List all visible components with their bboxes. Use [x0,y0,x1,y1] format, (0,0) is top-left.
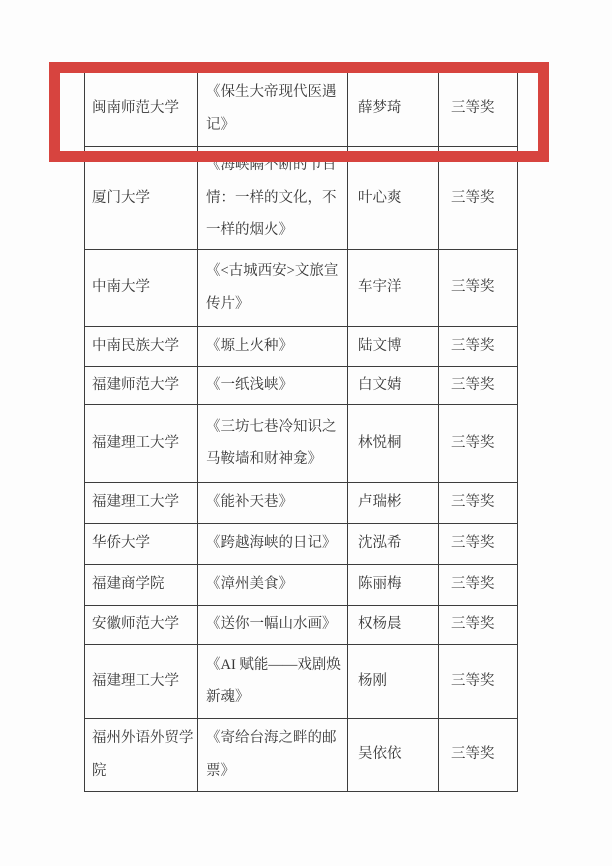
table-row: 华侨大学《跨越海峡的日记》沈泓希三等奖 [85,523,518,564]
cell-author: 吴依依 [348,718,439,791]
cell-author: 陆文博 [348,326,439,366]
cell-author: 车宇洋 [348,249,439,326]
table-row: 闽南师范大学《保生大帝现代医遇记》薛梦琦三等奖 [85,71,518,147]
cell-university: 福建理工大学 [85,482,198,523]
cell-university: 福州外语外贸学院 [85,718,198,791]
table-row: 中南民族大学《塬上火种》陆文博三等奖 [85,326,518,366]
cell-author: 权杨晨 [348,605,439,644]
table-row: 中南大学《<古城西安>文旅宣传片》车宇洋三等奖 [85,249,518,326]
cell-award: 三等奖 [439,523,518,564]
cell-award: 三等奖 [439,147,518,250]
cell-author: 沈泓希 [348,523,439,564]
cell-work-title: 《AI 赋能——戏剧焕新魂》 [198,644,348,718]
table-row: 厦门大学《海峡隔不断的节日情：一样的文化，不一样的烟火》叶心爽三等奖 [85,147,518,250]
table-row: 福州外语外贸学院《寄给台海之畔的邮票》吴依依三等奖 [85,718,518,791]
cell-work-title: 《送你一幅山水画》 [198,605,348,644]
cell-university: 中南民族大学 [85,326,198,366]
cell-award: 三等奖 [439,482,518,523]
table-row: 福建商学院《漳州美食》陈丽梅三等奖 [85,564,518,605]
cell-author: 薛梦琦 [348,71,439,147]
cell-work-title: 《漳州美食》 [198,564,348,605]
cell-author: 陈丽梅 [348,564,439,605]
table-row: 福建理工大学《AI 赋能——戏剧焕新魂》杨刚三等奖 [85,644,518,718]
cell-work-title: 《海峡隔不断的节日情：一样的文化，不一样的烟火》 [198,147,348,250]
cell-university: 闽南师范大学 [85,71,198,147]
cell-award: 三等奖 [439,644,518,718]
cell-work-title: 《<古城西安>文旅宣传片》 [198,249,348,326]
cell-work-title: 《一纸浅峡》 [198,366,348,404]
cell-university: 华侨大学 [85,523,198,564]
cell-work-title: 《能补天巷》 [198,482,348,523]
cell-award: 三等奖 [439,564,518,605]
cell-author: 林悦桐 [348,404,439,482]
cell-university: 中南大学 [85,249,198,326]
cell-award: 三等奖 [439,366,518,404]
cell-award: 三等奖 [439,605,518,644]
document-page: 闽南师范大学《保生大帝现代医遇记》薛梦琦三等奖厦门大学《海峡隔不断的节日情：一样… [0,0,612,866]
cell-work-title: 《跨越海峡的日记》 [198,523,348,564]
cell-university: 福建理工大学 [85,404,198,482]
cell-award: 三等奖 [439,326,518,366]
cell-award: 三等奖 [439,249,518,326]
table-row: 安徽师范大学《送你一幅山水画》权杨晨三等奖 [85,605,518,644]
cell-award: 三等奖 [439,404,518,482]
cell-university: 厦门大学 [85,147,198,250]
table-body: 闽南师范大学《保生大帝现代医遇记》薛梦琦三等奖厦门大学《海峡隔不断的节日情：一样… [85,71,518,792]
cell-award: 三等奖 [439,718,518,791]
table-row: 福建师范大学《一纸浅峡》白文婧三等奖 [85,366,518,404]
table-row: 福建理工大学《能补天巷》卢瑞彬三等奖 [85,482,518,523]
cell-work-title: 《寄给台海之畔的邮票》 [198,718,348,791]
cell-award: 三等奖 [439,71,518,147]
cell-author: 卢瑞彬 [348,482,439,523]
awards-table: 闽南师范大学《保生大帝现代医遇记》薛梦琦三等奖厦门大学《海峡隔不断的节日情：一样… [84,70,518,792]
cell-university: 福建商学院 [85,564,198,605]
cell-author: 白文婧 [348,366,439,404]
table-row: 福建理工大学《三坊七巷冷知识之马鞍墙和财神龛》林悦桐三等奖 [85,404,518,482]
cell-author: 叶心爽 [348,147,439,250]
cell-author: 杨刚 [348,644,439,718]
cell-university: 福建师范大学 [85,366,198,404]
cell-work-title: 《三坊七巷冷知识之马鞍墙和财神龛》 [198,404,348,482]
cell-work-title: 《塬上火种》 [198,326,348,366]
cell-university: 安徽师范大学 [85,605,198,644]
cell-university: 福建理工大学 [85,644,198,718]
cell-work-title: 《保生大帝现代医遇记》 [198,71,348,147]
